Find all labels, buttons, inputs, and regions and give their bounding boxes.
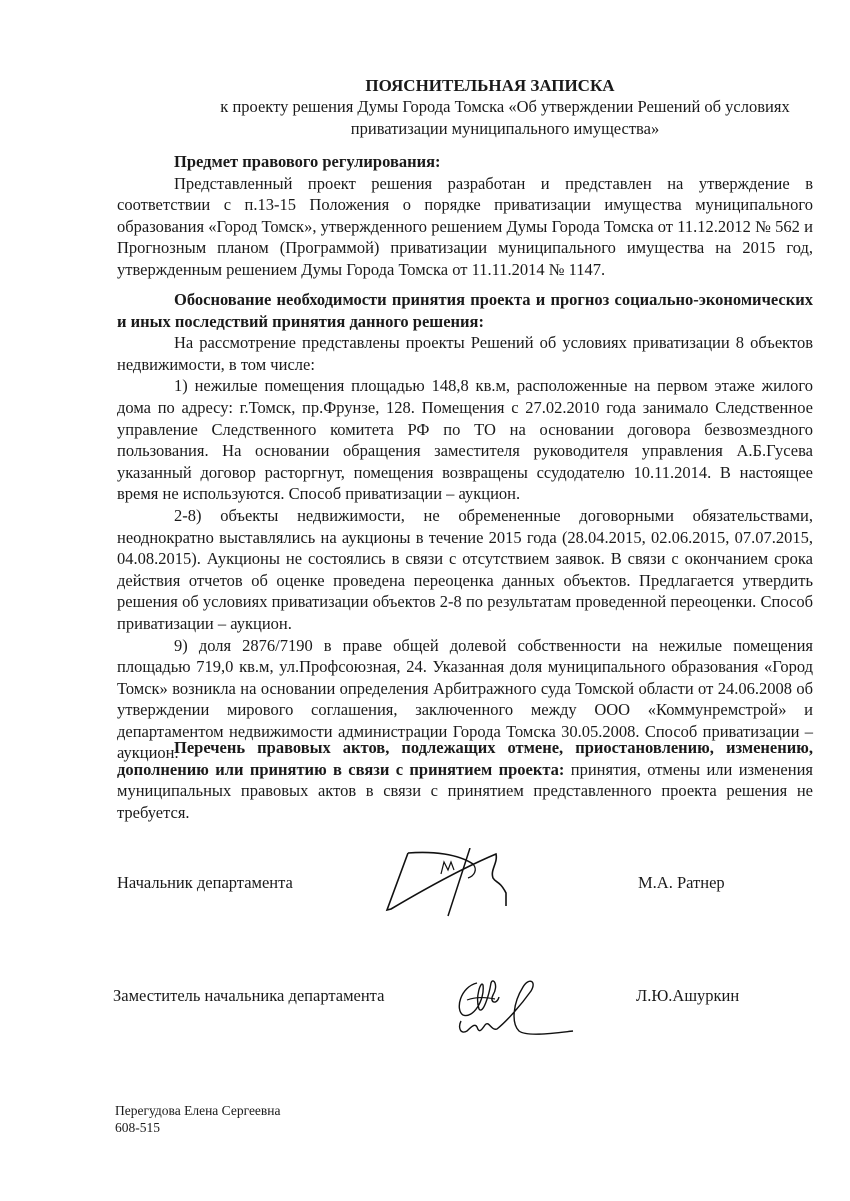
section-heading: Предмет правового регулирования: xyxy=(117,151,813,173)
section-paragraph: 2-8) объекты недвижимости, не обремененн… xyxy=(117,505,813,635)
section-heading: Обоснование необходимости принятия проек… xyxy=(117,289,813,332)
document-subtitle: к проекту решения Думы Города Томска «Об… xyxy=(185,96,825,140)
contact-phone: 608-515 xyxy=(115,1119,281,1136)
contact-block: Перегудова Елена Сергеевна 608-515 xyxy=(115,1102,281,1136)
signature-position-1: Начальник департамента xyxy=(117,873,293,893)
signature-icon-2 xyxy=(455,975,595,1040)
section-paragraph: 1) нежилые помещения площадью 148,8 кв.м… xyxy=(117,375,813,505)
document-page: ПОЯСНИТЕЛЬНАЯ ЗАПИСКА к проекту решения … xyxy=(0,0,850,1201)
signature-position-2: Заместитель начальника департамента xyxy=(113,986,384,1006)
section-subject: Предмет правового регулирования: Предста… xyxy=(117,151,813,281)
signature-icon-1 xyxy=(378,848,508,918)
section-justification: Обоснование необходимости принятия проек… xyxy=(117,289,813,764)
section-legal-acts: Перечень правовых актов, подлежащих отме… xyxy=(117,737,813,823)
section-paragraph: Представленный проект решения разработан… xyxy=(117,173,813,281)
signature-name-2: Л.Ю.Ашуркин xyxy=(636,986,739,1006)
contact-name: Перегудова Елена Сергеевна xyxy=(115,1102,281,1119)
signature-name-1: М.А. Ратнер xyxy=(638,873,725,893)
section-paragraph: На рассмотрение представлены проекты Реш… xyxy=(117,332,813,375)
document-title: ПОЯСНИТЕЛЬНАЯ ЗАПИСКА xyxy=(0,76,850,96)
